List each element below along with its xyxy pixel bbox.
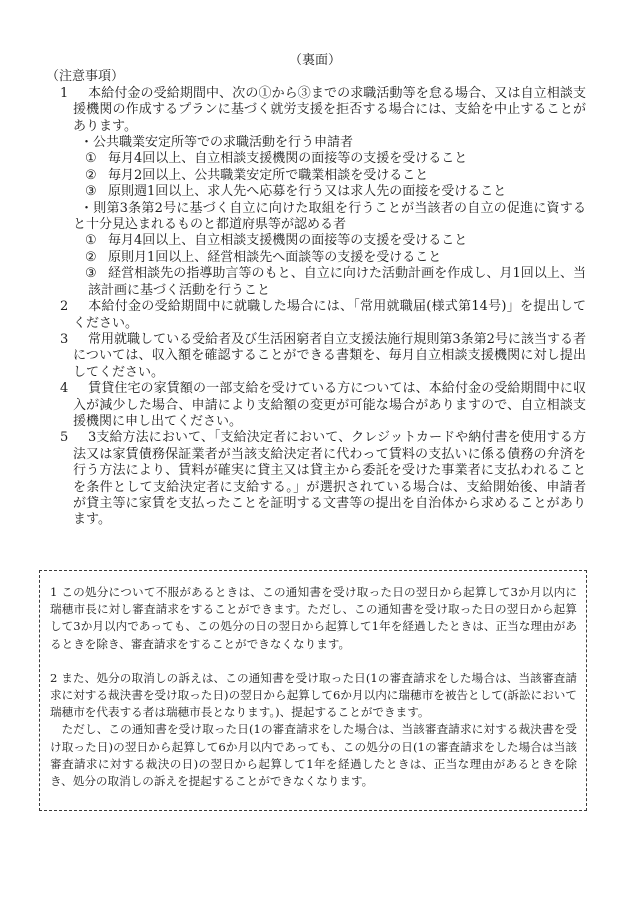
appeal-paragraph-text: ただし、この通知書を受け取った日(1の審査請求をした場合は、当該審査請求に対する… — [50, 722, 577, 788]
note-marker: ① — [85, 233, 108, 249]
note-item: ②毎月2回以上、公共職業安定所で職業相談を受けること — [88, 168, 586, 184]
note-item: 2本給付金の受給期間中に就職した場合には、「常用就職届(様式第14号)」を提出し… — [73, 299, 586, 332]
note-item: 53支給方法において、「支給決定者において、クレジットカードや納付書を使用する方… — [73, 430, 586, 528]
note-marker: 2 — [60, 299, 88, 315]
note-text: 本給付金の受給期間中に就職した場合には、「常用就職届(様式第14号)」を提出して… — [73, 299, 586, 330]
note-marker: ・ — [80, 201, 93, 216]
note-item: ①毎月4回以上、自立相談支援機関の面接等の支援を受けること — [88, 233, 586, 249]
note-item: ③経営相談先の指導助言等のもと、自立に向けた活動計画を作成し、月1回以上、当該計… — [88, 266, 586, 299]
note-item: ②原則月1回以上、経営相談先へ面談等の支援を受けること — [88, 250, 586, 266]
note-item: 4賃貸住宅の家賃額の一部支給を受けている方については、本給付金の受給期間中に収入… — [73, 381, 586, 430]
note-marker: 5 — [60, 430, 88, 446]
note-marker: ② — [85, 250, 108, 266]
document-page: （裏面） （注意事項） 1本給付金の受給期間中、次の①から③までの求職活動等を怠… — [0, 0, 630, 903]
note-marker: ・ — [80, 135, 93, 150]
note-item: ・公共職業安定所等での求職活動を行う申請者 — [73, 135, 586, 151]
note-item: 3常用就職している受給者及び生活困窮者自立支援法施行規則第3条第2号に該当する者… — [73, 332, 586, 381]
note-marker: 1 — [60, 86, 88, 102]
note-text: 則第3条第2号に基づく自立に向けた取組を行うことが当該者の自立の促進に資すると十… — [73, 201, 586, 232]
appeal-rights-box: 1 この処分について不服があるときは、この通知書を受け取った日の翌日から起算して… — [39, 570, 587, 811]
note-marker: ③ — [85, 266, 108, 282]
note-text: 賃貸住宅の家賃額の一部支給を受けている方については、本給付金の受給期間中に収入が… — [73, 381, 586, 429]
note-text: 毎月4回以上、自立相談支援機関の面接等の支援を受けること — [108, 233, 467, 248]
note-marker: ③ — [85, 184, 108, 200]
note-marker: 3 — [60, 332, 88, 348]
note-marker: ② — [85, 168, 108, 184]
note-text: 毎月4回以上、自立相談支援機関の面接等の支援を受けること — [108, 151, 467, 166]
appeal-paragraph: ただし、この通知書を受け取った日(1の審査請求をした場合は、当該審査請求に対する… — [50, 721, 577, 790]
appeal-paragraph-text: この処分について不服があるときは、この通知書を受け取った日の翌日から起算して3か… — [50, 585, 577, 651]
appeal-paragraph: 1 この処分について不服があるときは、この通知書を受け取った日の翌日から起算して… — [50, 584, 577, 653]
note-item: 1本給付金の受給期間中、次の①から③までの求職活動等を怠る場合、又は自立相談支援… — [73, 86, 586, 135]
note-text: 3支給方法において、「支給決定者において、クレジットカードや納付書を使用する方法… — [73, 430, 586, 527]
note-text: 常用就職している受給者及び生活困窮者自立支援法施行規則第3条第2号に該当する者に… — [73, 332, 586, 380]
appeal-paragraph-marker: 1 — [50, 585, 57, 599]
note-text: 毎月2回以上、公共職業安定所で職業相談を受けること — [108, 168, 428, 183]
note-text: 経営相談先の指導助言等のもと、自立に向けた活動計画を作成し、月1回以上、当該計画… — [88, 266, 586, 297]
note-item: ③原則週1回以上、求人先へ応募を行う又は求人先の面接を受けること — [88, 184, 586, 200]
appeal-paragraph-text: また、処分の取消しの訴えは、この通知書を受け取った日(1の審査請求をした場合は、… — [50, 671, 577, 719]
note-item: ・則第3条第2号に基づく自立に向けた取組を行うことが当該者の自立の促進に資すると… — [73, 201, 586, 234]
note-text: 公共職業安定所等での求職活動を行う申請者 — [93, 135, 353, 150]
note-item: ①毎月4回以上、自立相談支援機関の面接等の支援を受けること — [88, 151, 586, 167]
note-text: 原則月1回以上、経営相談先へ面談等の支援を受けること — [108, 250, 441, 265]
note-marker: ① — [85, 151, 108, 167]
appeal-paragraph: 2 また、処分の取消しの訴えは、この通知書を受け取った日(1の審査請求をした場合… — [50, 670, 577, 722]
note-text: 本給付金の受給期間中、次の①から③までの求職活動等を怠る場合、又は自立相談支援機… — [73, 86, 586, 134]
note-text: 原則週1回以上、求人先へ応募を行う又は求人先の面接を受けること — [108, 184, 506, 199]
appeal-paragraph-marker: 2 — [50, 671, 57, 685]
notes-list: 1本給付金の受給期間中、次の①から③までの求職活動等を怠る場合、又は自立相談支援… — [0, 86, 630, 529]
notes-heading: （注意事項） — [46, 69, 630, 85]
note-marker: 4 — [60, 381, 88, 397]
back-side-label: （裏面） — [0, 0, 630, 69]
